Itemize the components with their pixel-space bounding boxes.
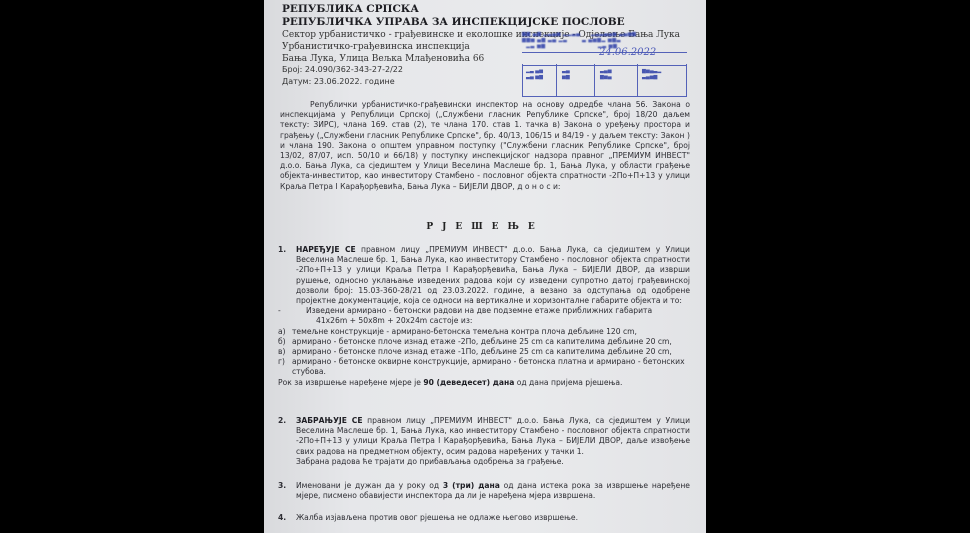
decision-item-3: 3. Именовани је дужан да у року од 3 (тр… (278, 481, 690, 501)
item-lead: НАРЕЂУЈЕ СЕ (296, 245, 356, 254)
decision-title: РЈЕШЕЊЕ (264, 222, 706, 232)
document-number: Број: 24.090/362-343-27-2/22 (282, 64, 403, 76)
dimensions: 41x26m + 50x8m + 20x24m састоје из: (278, 316, 690, 326)
decision-item-4: 4. Жалба изјављена против овог рјешења н… (278, 513, 690, 523)
decision-item-2: 2. ЗАБРАЊУЈЕ СЕ правном лицу „ПРЕМИУМ ИН… (278, 416, 690, 467)
subitems-list: а)темељне конструкције - армирано-бетонс… (278, 327, 690, 378)
item-number: 1. (278, 245, 286, 255)
intro-text: Републички урбанистичко-грађевински инсп… (280, 100, 690, 191)
received-stamp: ▆▆ ▄▆ ▂▃▄▅ ▂▂▃▄ ▂▃▃▄▄▅ ▃▄▅▆▆▆▅ ▄▆ ▃▄ ▂▃ … (522, 31, 700, 97)
item-lead: ЗАБРАЊУЈЕ СЕ (296, 416, 363, 425)
subitem-a: а)темељне конструкције - армирано-бетонс… (278, 327, 690, 337)
decision-item-1: 1. НАРЕЂУЈЕ СЕ правном лицу „ПРЕМИУМ ИНВ… (278, 245, 690, 388)
item-number: 2. (278, 416, 286, 426)
item-text: Жалба изјављена против овог рјешења не о… (296, 513, 690, 523)
agency-name: РЕПУБЛИЧКА УПРАВА ЗА ИНСПЕКЦИЈСКЕ ПОСЛОВ… (282, 16, 680, 29)
item-number: 3. (278, 481, 286, 491)
stamp-grid: ▂▃ ▄▅▃▄ ▅▆ ▃▄▅▆ ▃▄▅▆▅▄ ▆▅▄▃▂▃▄▅▆ (522, 64, 687, 97)
subitem-b: б)армирано - бетонске плоче изнад етаже … (278, 337, 690, 347)
republic-name: РЕПУБЛИКА СРПСКА (282, 3, 680, 16)
works-description: - Изведени армирано - бетонски радови на… (278, 306, 690, 316)
item-note: Забрана радова ће трајати до прибављања … (296, 457, 690, 467)
document-meta: Број: 24.090/362-343-27-2/22 Датум: 23.0… (282, 64, 403, 87)
document-page: РЕПУБЛИКА СРПСКА РЕПУБЛИЧКА УПРАВА ЗА ИН… (264, 0, 706, 533)
item-number: 4. (278, 513, 286, 523)
subitem-g: г)армирано - бетонске оквирне конструкци… (278, 357, 690, 377)
deadline-line: Рок за извршење наређене мјере је 90 (де… (278, 378, 690, 388)
item-text: правном лицу „ПРЕМИУМ ИНВЕСТ" д.о.о. Бањ… (296, 245, 690, 305)
stamp-received-date: 24.06.2022 (599, 50, 656, 56)
subitem-v: в)армирано - бетонске плоче изнад етаже … (278, 347, 690, 357)
document-date: Датум: 23.06.2022. године (282, 76, 403, 88)
intro-paragraph: Републички урбанистичко-грађевински инсп… (280, 100, 690, 192)
